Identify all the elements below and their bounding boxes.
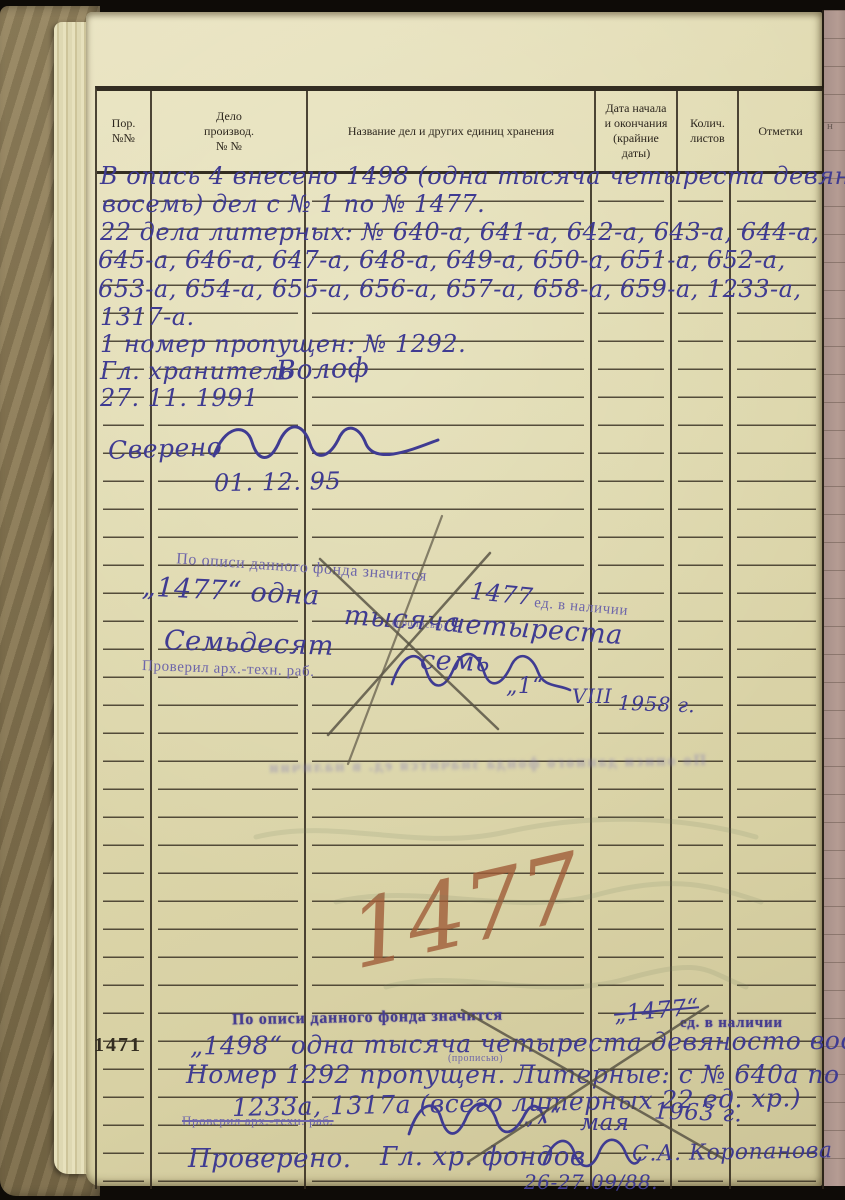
pencil-stroke (336, 510, 456, 772)
entry-line: 22 дела литерных: № 640-а, 641-а, 642-а,… (100, 220, 820, 244)
check-1988-label: Проверено. (188, 1146, 352, 1172)
check-1988-signature-scribble (538, 1130, 643, 1178)
inventory-page: Пор. №№ Дело производ. № № Название дел … (86, 12, 822, 1186)
margin-sheet-number: 1471 (94, 1034, 142, 1057)
entry-line: восемь) дел с № 1 по № 1477. (102, 192, 485, 216)
entry-line: 1317-а. (100, 305, 195, 329)
keeper-signature: Волоф (276, 354, 370, 384)
check-1995-signature-scribble (206, 418, 446, 474)
checked-month: VIII (572, 686, 612, 706)
entry-date: 27. 11. 1991 (100, 386, 259, 410)
column-header-notes: Отметки (737, 91, 822, 171)
entry-line: 653-а, 654-а, 655-а, 656-а, 657-а, 658-а… (98, 277, 802, 301)
entry-line: 1 номер пропущен: № 1292. (100, 332, 466, 356)
entry-line: 645-а, 646-а, 647-а, 648-а, 649-а, 650-а… (98, 248, 786, 272)
keeper-title: Гл. хранитель (100, 359, 293, 383)
column-header-title: Название дел и других единиц хранения (306, 91, 594, 171)
checked-year: 1958 г. (618, 693, 696, 716)
column-header-sheets: Колич. листов (676, 91, 737, 171)
column-header-order-no: Пор. №№ (97, 91, 150, 171)
column-header-dates: Дата начала и окончания (крайние даты) (594, 91, 676, 171)
adjacent-page-text-fragment: н (827, 120, 833, 132)
page-stack-edges (54, 22, 88, 1174)
entry-line: В опись 4 внесено 1498 (одна тысяча четы… (100, 164, 845, 188)
column-header-case-no: Дело производ. № № (150, 91, 306, 171)
